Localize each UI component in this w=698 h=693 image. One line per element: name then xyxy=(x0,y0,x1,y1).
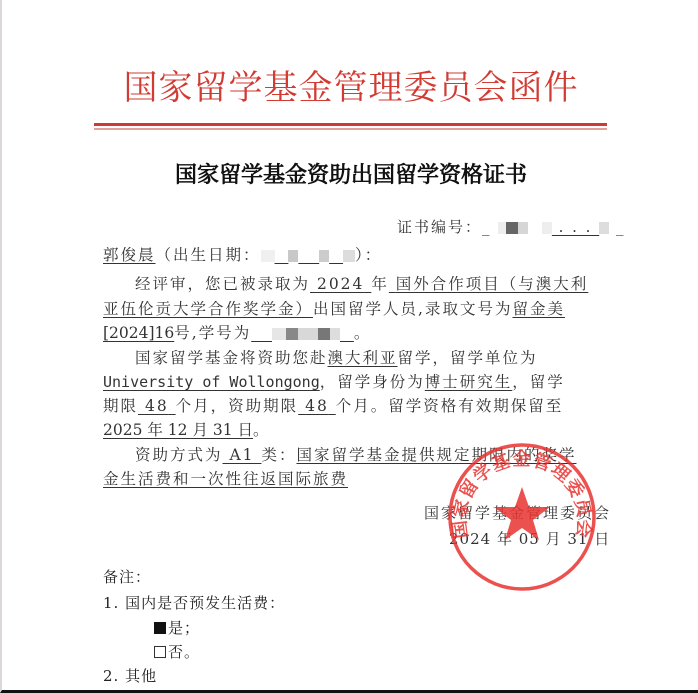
para2-line1: 国家留学基金将资助您赴澳大利亚留学，留学单位为 xyxy=(135,346,538,368)
letterhead-title: 国家留学基金管理委员会函件 xyxy=(2,60,698,109)
official-seal-icon: 国家留学基金管理委员会 xyxy=(446,441,598,593)
admission-doc-number: 留金美 xyxy=(512,300,565,318)
certificate-number-redacted: _ . . . _ xyxy=(482,218,626,236)
letterhead-divider-thin xyxy=(94,128,607,130)
certificate-number: 证书编号：_ . . . _ xyxy=(397,216,626,237)
letterhead-divider-thick xyxy=(94,123,607,126)
recipient-line: 郭俊晨（出生日期： ）： xyxy=(103,243,382,265)
funding-category: A1 xyxy=(229,446,254,464)
recipient-name: 郭俊晨 xyxy=(103,246,156,264)
checkbox-unchecked-icon xyxy=(154,646,166,658)
note-item-1: 1. 国内是否预发生活费： xyxy=(103,592,285,613)
para1-line1: 经评审，您已被录取为 2024 年 国外合作项目（与澳大利 xyxy=(135,272,588,294)
certificate-title: 国家留学基金资助出国留学资格证书 xyxy=(2,158,698,189)
note-item-2: 2. 其他 xyxy=(103,665,157,686)
option-no: 否。 xyxy=(154,641,200,662)
para2-line2: University of Wollongong，留学身份为博士研究生，留学 xyxy=(103,370,565,392)
program-name: 国外合作项目（与澳大利 xyxy=(396,275,589,293)
option-yes: 是； xyxy=(154,617,200,638)
para2-line4: 2025 年 12 月 31 日。 xyxy=(103,418,271,440)
destination-country: 澳大利亚 xyxy=(328,349,398,367)
para1-line3: [2024]16号,学号为 。 xyxy=(103,321,371,343)
para2-line3: 期限 48 个月，资助期限 48 个月。留学资格有效期保留至 xyxy=(103,394,563,416)
checkbox-checked-icon xyxy=(154,622,166,634)
student-number-redacted xyxy=(251,324,354,342)
university-name: University of Wollongong xyxy=(103,373,320,391)
funding-period-months: 48 xyxy=(305,397,329,415)
certificate-number-label: 证书编号： xyxy=(397,218,482,236)
notes-label: 备注： xyxy=(103,566,151,587)
validity-date: 2025 年 12 月 31 日 xyxy=(103,421,253,439)
document-page: 国家留学基金管理委员会函件 国家留学基金资助出国留学资格证书 证书编号：_ . … xyxy=(0,0,698,693)
study-period-months: 48 xyxy=(145,397,169,415)
para3-line2: 金生活费和一次性往返国际旅费 xyxy=(103,467,348,489)
birth-date-redacted xyxy=(261,246,356,264)
student-status: 博士研究生 xyxy=(425,373,513,391)
para1-line2: 亚伍伦贡大学合作奖学金）出国留学人员,录取文号为留金美 xyxy=(103,297,565,319)
admission-year: 2024 xyxy=(317,275,364,293)
